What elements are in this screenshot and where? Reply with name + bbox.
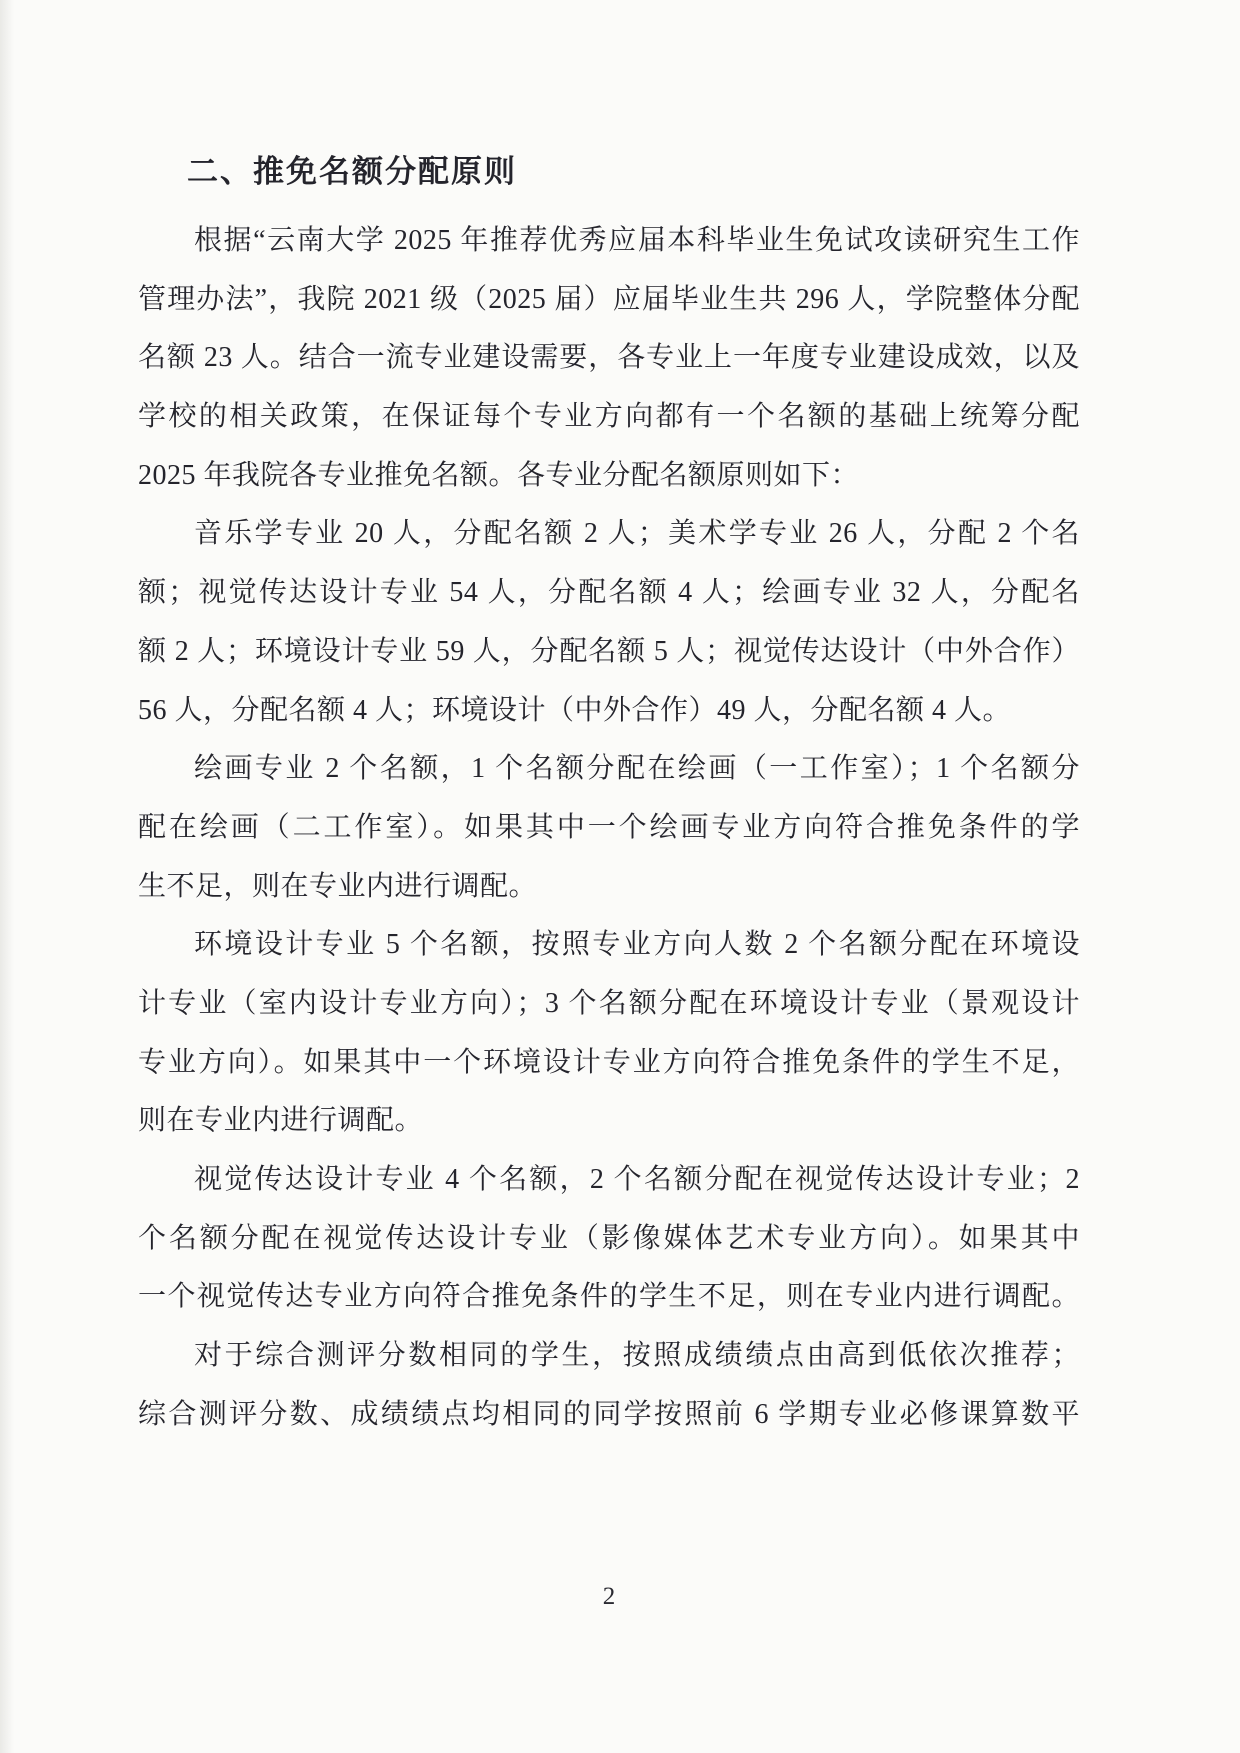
text-line: 配在绘画（二工作室）。如果其中一个绘画专业方向符合推免条件的学: [138, 799, 1080, 858]
page-number: 2: [138, 1583, 1080, 1611]
section-heading: 二、推免名额分配原则: [138, 150, 1080, 194]
text-line: 环境设计专业 5 个名额，按照专业方向人数 2 个名额分配在环境设: [138, 916, 1080, 975]
text-line: 个名额分配在视觉传达设计专业（影像媒体艺术专业方向）。如果其中: [138, 1210, 1080, 1269]
text-line: 音乐学专业 20 人，分配名额 2 人；美术学专业 26 人，分配 2 个名: [138, 505, 1080, 564]
text-line: 56 人，分配名额 4 人；环境设计（中外合作）49 人，分配名额 4 人。: [138, 682, 1080, 741]
text-line: 名额 23 人。结合一流专业建设需要，各专业上一年度专业建设成效，以及: [138, 329, 1080, 388]
document-lines: 根据“云南大学 2025 年推荐优秀应届本科毕业生免试攻读研究生工作管理办法”，…: [138, 212, 1080, 1444]
text-line: 计专业（室内设计专业方向）；3 个名额分配在环境设计专业（景观设计: [138, 975, 1080, 1034]
text-line: 综合测评分数、成绩绩点均相同的同学按照前 6 学期专业必修课算数平: [138, 1386, 1080, 1445]
text-line: 额 2 人；环境设计专业 59 人，分配名额 5 人；视觉传达设计（中外合作）: [138, 623, 1080, 682]
document-body: 二、推免名额分配原则 根据“云南大学 2025 年推荐优秀应届本科毕业生免试攻读…: [138, 150, 1080, 1444]
text-line: 专业方向）。如果其中一个环境设计专业方向符合推免条件的学生不足，: [138, 1034, 1080, 1093]
text-line: 视觉传达设计专业 4 个名额，2 个名额分配在视觉传达设计专业；2: [138, 1151, 1080, 1210]
text-line: 绘画专业 2 个名额，1 个名额分配在绘画（一工作室）；1 个名额分: [138, 740, 1080, 799]
text-line: 2025 年我院各专业推免名额。各专业分配名额原则如下：: [138, 447, 1080, 506]
text-line: 对于综合测评分数相同的学生，按照成绩绩点由高到低依次推荐；: [138, 1327, 1080, 1386]
text-line: 生不足，则在专业内进行调配。: [138, 858, 1080, 917]
document-page: 二、推免名额分配原则 根据“云南大学 2025 年推荐优秀应届本科毕业生免试攻读…: [0, 0, 1240, 1753]
text-line: 额；视觉传达设计专业 54 人，分配名额 4 人；绘画专业 32 人，分配名: [138, 564, 1080, 623]
text-line: 则在专业内进行调配。: [138, 1092, 1080, 1151]
text-line: 一个视觉传达专业方向符合推免条件的学生不足，则在专业内进行调配。: [138, 1268, 1080, 1327]
text-line: 学校的相关政策，在保证每个专业方向都有一个名额的基础上统筹分配: [138, 388, 1080, 447]
text-line: 管理办法”，我院 2021 级（2025 届）应届毕业生共 296 人，学院整体…: [138, 271, 1080, 330]
text-line: 根据“云南大学 2025 年推荐优秀应届本科毕业生免试攻读研究生工作: [138, 212, 1080, 271]
